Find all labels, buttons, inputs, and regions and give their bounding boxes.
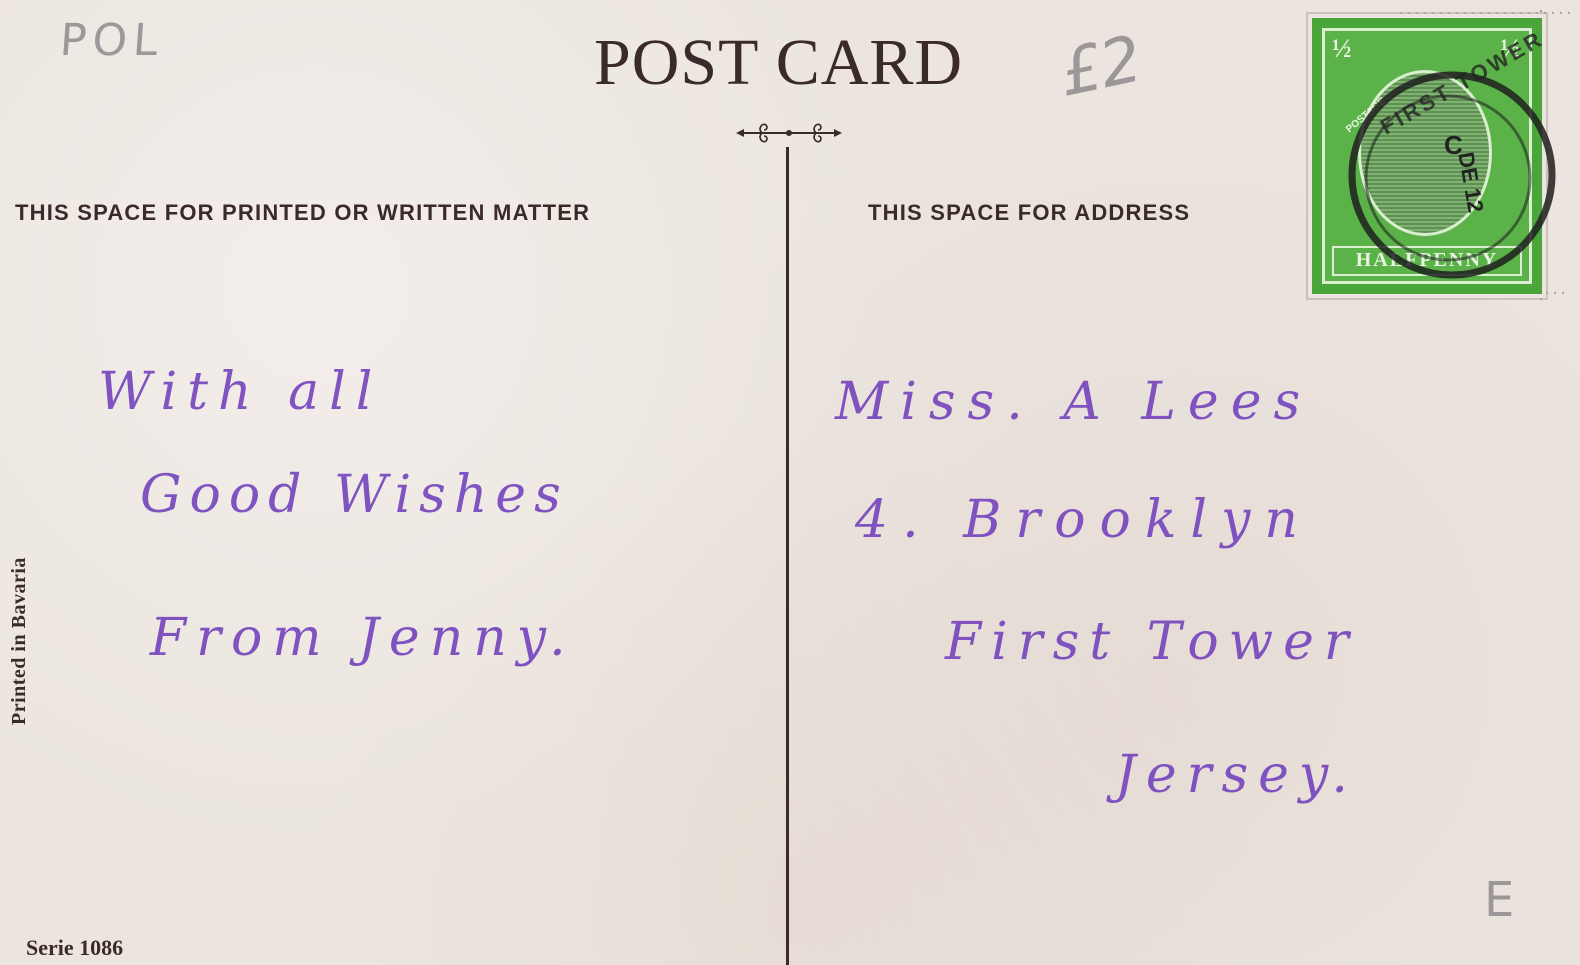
message-space-label: THIS SPACE FOR PRINTED OR WRITTEN MATTER [15,200,590,226]
address-space-label: THIS SPACE FOR ADDRESS [868,200,1190,226]
printed-in-note: Printed in Bavaria [8,557,31,725]
serie-number: Serie 1086 [26,935,123,961]
message-line: Good Wishes [140,465,569,525]
postcard-title: POST CARD [594,30,963,96]
address-line: Jersey. [1115,745,1358,805]
address-line: First Tower [945,612,1359,672]
message-line: With all [98,362,382,422]
perforation-top [1400,12,1570,14]
pencil-price: £2 [1053,22,1148,111]
message-line: From Jenny. [150,608,576,668]
postcard-back: POL £2 E POST CARD THIS SPACE FOR PRINTE… [0,0,1580,965]
address-line: Miss. A Lees [835,372,1312,432]
address-line: 4. Brooklyn [855,490,1312,550]
center-divider [786,147,789,965]
pencil-note-pol: POL [58,15,165,66]
pencil-note-e: E [1484,872,1514,928]
scroll-ornament-icon [736,120,842,148]
